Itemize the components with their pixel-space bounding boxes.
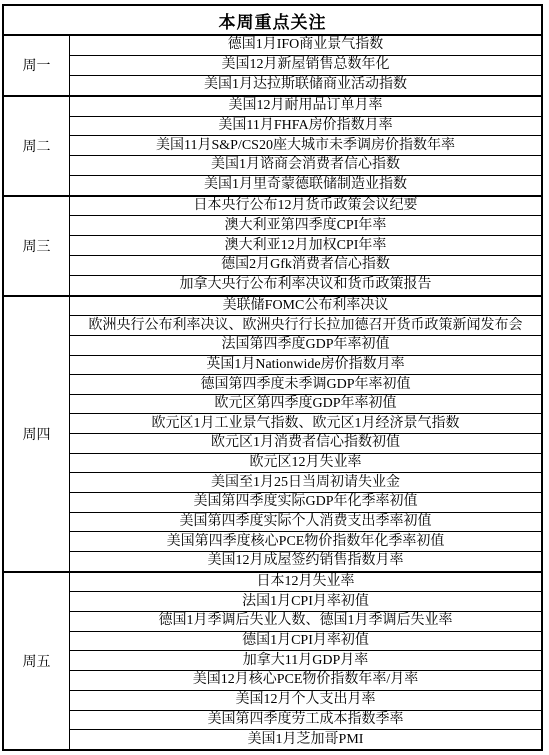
event-row: 德国1月IFO商业景气指数 bbox=[70, 36, 541, 56]
event-row: 澳大利亚12月加权CPI年率 bbox=[70, 236, 541, 256]
section-wednesday: 周三日本央行公布12月货币政策会议纪要澳大利亚第四季度CPI年率澳大利亚12月加… bbox=[4, 197, 541, 297]
event-row: 加拿大11月GDP月率 bbox=[70, 651, 541, 671]
event-row: 美国1月达拉斯联储商业活动指数 bbox=[70, 76, 541, 95]
events-column: 德国1月IFO商业景气指数美国12月新屋销售总数年化美国1月达拉斯联储商业活动指… bbox=[70, 36, 541, 95]
event-row: 日本央行公布12月货币政策会议纪要 bbox=[70, 197, 541, 217]
table-title: 本周重点关注 bbox=[4, 6, 541, 36]
event-row: 美国第四季度劳工成本指数季率 bbox=[70, 711, 541, 731]
event-row: 德国1月CPI月率初值 bbox=[70, 632, 541, 652]
event-row: 欧洲央行公布利率决议、欧洲央行行长拉加德召开货币政策新闻发布会 bbox=[70, 316, 541, 336]
event-row: 德国第四季度未季调GDP年率初值 bbox=[70, 375, 541, 395]
event-row: 美国第四季度实际GDP年化季率初值 bbox=[70, 493, 541, 513]
day-label: 周五 bbox=[4, 573, 70, 749]
day-label: 周二 bbox=[4, 97, 70, 195]
event-row: 美国12月核心PCE物价指数年率/月率 bbox=[70, 671, 541, 691]
event-row: 德国1月季调后失业人数、德国1月季调后失业率 bbox=[70, 612, 541, 632]
day-label: 周四 bbox=[4, 297, 70, 571]
section-friday: 周五日本12月失业率法国1月CPI月率初值德国1月季调后失业人数、德国1月季调后… bbox=[4, 573, 541, 749]
weekly-focus-table: 本周重点关注 周一德国1月IFO商业景气指数美国12月新屋销售总数年化美国1月达… bbox=[2, 4, 543, 751]
events-column: 日本12月失业率法国1月CPI月率初值德国1月季调后失业人数、德国1月季调后失业… bbox=[70, 573, 541, 749]
day-label: 周三 bbox=[4, 197, 70, 295]
events-column: 日本央行公布12月货币政策会议纪要澳大利亚第四季度CPI年率澳大利亚12月加权C… bbox=[70, 197, 541, 295]
event-row: 美国12月成屋签约销售指数月率 bbox=[70, 552, 541, 571]
event-row: 欧元区第四季度GDP年率初值 bbox=[70, 395, 541, 415]
event-row: 美国1月谘商会消费者信心指数 bbox=[70, 156, 541, 176]
event-row: 美联储FOMC公布利率决议 bbox=[70, 297, 541, 317]
event-row: 法国1月CPI月率初值 bbox=[70, 592, 541, 612]
event-row: 欧元区12月失业率 bbox=[70, 454, 541, 474]
event-row: 美国12月耐用品订单月率 bbox=[70, 97, 541, 117]
event-row: 美国第四季度核心PCE物价指数年化季率初值 bbox=[70, 532, 541, 552]
event-row: 美国12月个人支出月率 bbox=[70, 691, 541, 711]
event-row: 美国1月芝加哥PMI bbox=[70, 730, 541, 749]
events-column: 美国12月耐用品订单月率美国11月FHFA房价指数月率美国11月S&P/CS20… bbox=[70, 97, 541, 195]
event-row: 欧元区1月消费者信心指数初值 bbox=[70, 434, 541, 454]
event-row: 加拿大央行公布利率决议和货币政策报告 bbox=[70, 276, 541, 295]
event-row: 美国12月新屋销售总数年化 bbox=[70, 56, 541, 76]
day-label: 周一 bbox=[4, 36, 70, 95]
event-row: 英国1月Nationwide房价指数月率 bbox=[70, 356, 541, 376]
event-row: 德国2月Gfk消费者信心指数 bbox=[70, 256, 541, 276]
event-row: 欧元区1月工业景气指数、欧元区1月经济景气指数 bbox=[70, 414, 541, 434]
section-thursday: 周四美联储FOMC公布利率决议欧洲央行公布利率决议、欧洲央行行长拉加德召开货币政… bbox=[4, 297, 541, 573]
event-row: 日本12月失业率 bbox=[70, 573, 541, 593]
events-column: 美联储FOMC公布利率决议欧洲央行公布利率决议、欧洲央行行长拉加德召开货币政策新… bbox=[70, 297, 541, 571]
section-monday: 周一德国1月IFO商业景气指数美国12月新屋销售总数年化美国1月达拉斯联储商业活… bbox=[4, 36, 541, 97]
event-row: 法国第四季度GDP年率初值 bbox=[70, 336, 541, 356]
event-row: 美国11月FHFA房价指数月率 bbox=[70, 117, 541, 137]
event-row: 美国11月S&P/CS20座大城市未季调房价指数年率 bbox=[70, 136, 541, 156]
event-row: 美国1月里奇蒙德联储制造业指数 bbox=[70, 176, 541, 195]
event-row: 澳大利亚第四季度CPI年率 bbox=[70, 216, 541, 236]
event-row: 美国第四季度实际个人消费支出季率初值 bbox=[70, 513, 541, 533]
event-row: 美国至1月25日当周初请失业金 bbox=[70, 473, 541, 493]
section-tuesday: 周二美国12月耐用品订单月率美国11月FHFA房价指数月率美国11月S&P/CS… bbox=[4, 97, 541, 197]
